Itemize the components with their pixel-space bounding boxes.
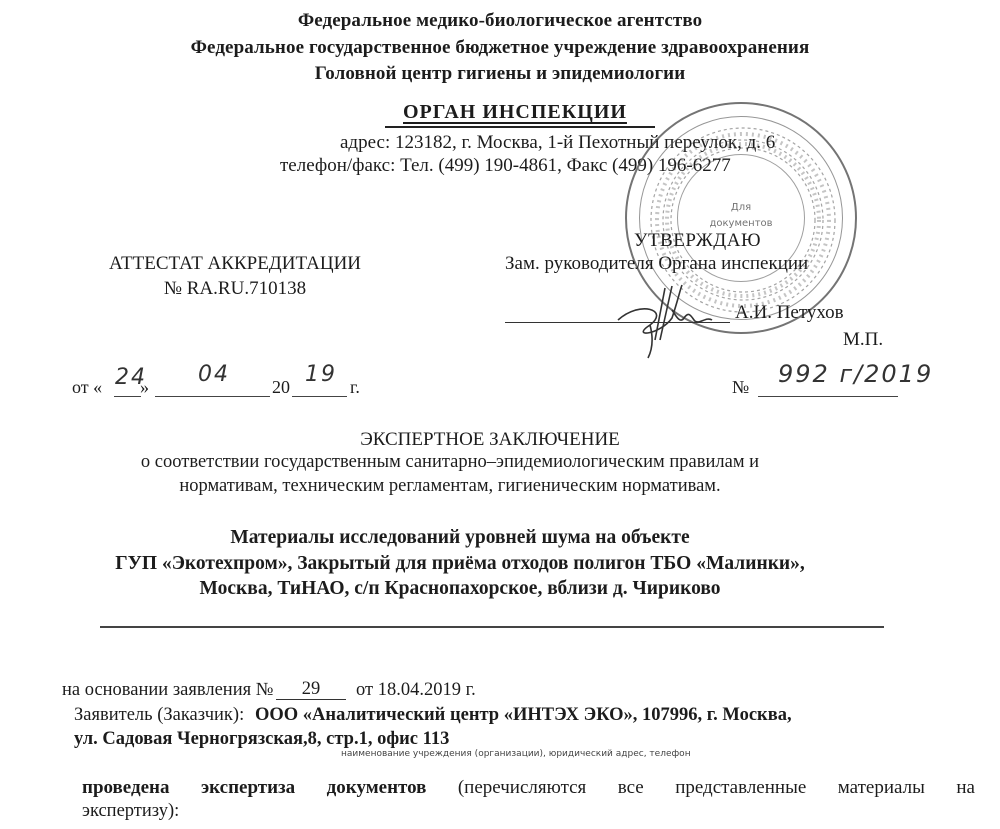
expertise-word: все [618,777,644,799]
date-day-close: » [140,377,149,398]
section-separator [100,626,884,628]
date-suffix: г. [350,377,360,398]
conclusion-line-1: о соответствии государственным санитарно… [0,452,950,473]
accreditation-label: АТТЕСТАТ АККРЕДИТАЦИИ [85,253,385,275]
conclusion-title: ЭКСПЕРТНОЕ ЗАКЛЮЧЕНИЕ [0,429,990,451]
stamp-inner-text-2: документов [627,218,855,229]
date-year-underline [292,396,347,397]
date-day-underline [114,396,141,397]
document-number-value: 992 г/2019 [778,360,933,388]
object-line-1: Материалы исследований уровней шума на о… [0,527,960,549]
date-prefix: от « [72,377,102,398]
date-century: 20 [272,377,290,398]
application-date: от 18.04.2019 г. [356,680,476,701]
stamp-inner-text-1: Для [627,202,855,213]
seal-mark: М.П. [843,329,883,351]
date-year: 19 [305,362,337,387]
expertise-line-2: экспертизу): [82,801,179,822]
object-line-2: ГУП «Экотехпром», Закрытый для приёма от… [0,553,960,575]
inspection-body-rule [385,126,655,128]
applicant-label: Заявитель (Заказчик): [74,705,244,726]
applicant-line-2: ул. Садовая Черногрязская,8, стр.1, офис… [74,729,449,750]
accreditation-number: № RA.RU.710138 [85,278,385,300]
applicant-line-1: ООО «Аналитический центр «ИНТЭХ ЭКО», 10… [255,705,792,726]
document-number-underline [758,396,898,397]
center-name: Головной центр гигиены и эпидемиологии [0,63,1000,85]
applicant-caption: наименование учреждения (организации), ю… [341,749,691,759]
expertise-word: (перечисляются [458,777,586,799]
conclusion-line-2: нормативам, техническим регламентам, гиг… [0,476,950,497]
application-number: 29 [276,680,346,700]
date-month: 04 [198,362,230,387]
document-number-label: № [732,377,749,398]
expertise-word: на [956,777,975,799]
approver-position: Зам. руководителя Органа инспекции [505,253,808,275]
application-prefix: на основании заявления № [62,680,273,701]
expertise-word: проведена [82,777,169,799]
expertise-word: документов [327,777,427,799]
approver-name: А.И. Петухов [735,302,844,324]
date-month-underline [155,396,270,397]
expertise-word: экспертиза [201,777,295,799]
expertise-line-1: проведена экспертиза документов (перечис… [82,777,975,799]
expertise-word: представленные [675,777,806,799]
inspection-body-title: ОРГАН ИНСПЕКЦИИ [403,101,627,124]
agency-name: Федеральное медико-биологическое агентст… [0,10,1000,32]
institution-name: Федеральное государственное бюджетное уч… [0,37,1000,59]
expertise-word: материалы [838,777,925,799]
approval-label: УТВЕРЖДАЮ [634,230,761,252]
signature-icon [610,280,740,360]
object-line-3: Москва, ТиНАО, с/п Краснопахорское, вбли… [0,578,960,600]
